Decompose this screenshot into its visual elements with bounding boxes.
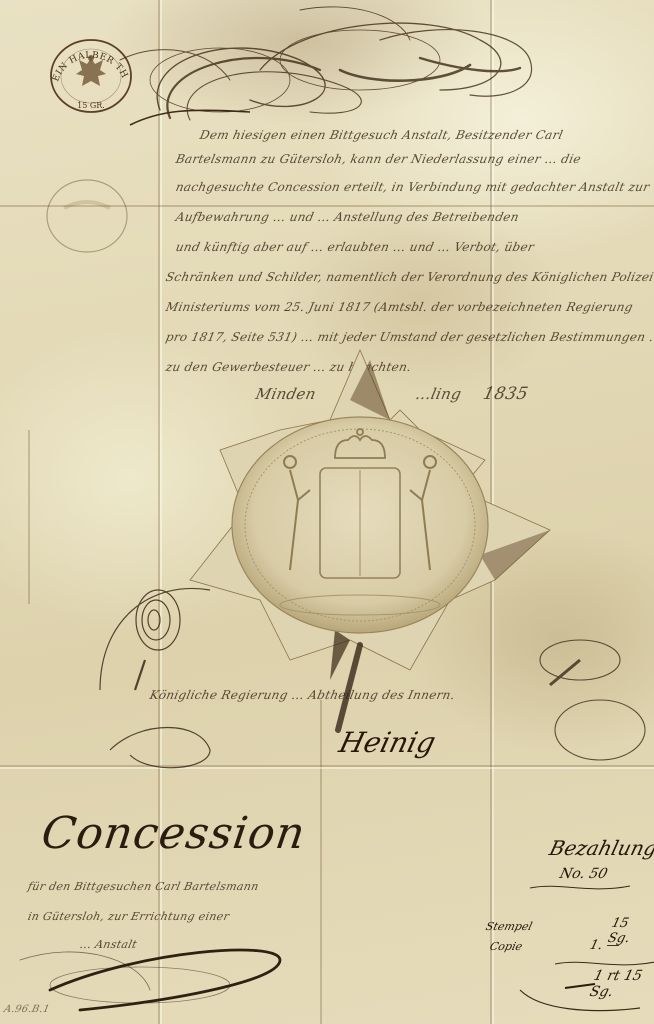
fee-label: Copie: [488, 940, 523, 953]
fee-row: Stempel 15 Sg.: [482, 900, 652, 918]
body-line: Schränken und Schilder, namentlich der V…: [165, 270, 654, 284]
subtitle-line: für den Bittgesuchen Carl Bartelsmann: [27, 880, 260, 893]
body-line: und künftig aber auf ... erlaubten ... u…: [175, 240, 536, 254]
document-title: Concession: [38, 808, 308, 859]
body-line: Ministeriums vom 25. Juni 1817 (Amtsbl. …: [165, 300, 635, 314]
official-signature: Heinig: [336, 726, 439, 759]
bottom-flourish: [20, 930, 300, 1020]
archive-number: A.96.B.1: [3, 1004, 51, 1015]
right-flourish: [520, 640, 650, 770]
body-line: nachgesuchte Concession erteilt, in Verb…: [175, 180, 651, 194]
fold-line-vertical: [320, 700, 322, 1024]
fee-underline-flourish: [520, 990, 640, 1020]
fee-row: Copie 1. —: [482, 918, 652, 936]
authority-line: Königliche Regierung ... Abtheilung des …: [149, 688, 457, 702]
fee-table: Stempel 15 Sg. Copie 1. —: [482, 900, 652, 936]
body-line: Dem hiesigen einen Bittgesuch Anstalt, B…: [199, 128, 565, 142]
fees-number: No. 50: [558, 866, 609, 882]
body-line: Aufbewahrung ... und ... Anstellung des …: [175, 210, 521, 224]
signature-flourish: [90, 580, 250, 780]
body-line: Bartelsmann zu Gütersloh, kann der Niede…: [175, 152, 583, 166]
faint-embossed-stamp: [44, 176, 130, 256]
calligraphic-flourish: [100, 0, 560, 130]
document-sheet: EIN HALBER THALER 15 GR.: [0, 0, 654, 1024]
subtitle-line: in Gütersloh, zur Errichtung einer: [27, 910, 231, 923]
tear-line: [28, 430, 30, 604]
divider-flourish: [530, 882, 630, 894]
faint-embossed-stamp-icon: [44, 176, 130, 256]
fees-header: Bezahlung: [547, 836, 654, 860]
fee-value: 1. —: [588, 938, 621, 953]
